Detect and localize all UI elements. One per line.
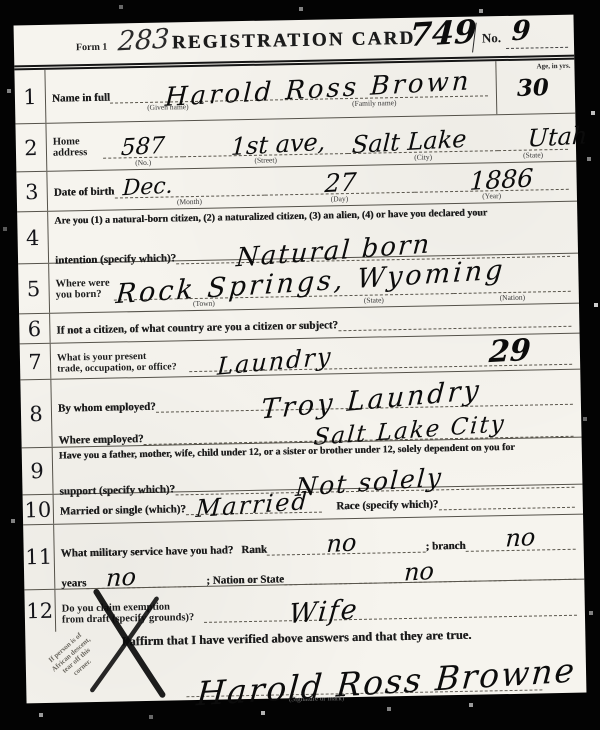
where-born-label: Where were you born? — [55, 278, 114, 311]
where-employed-label: Where employed? — [58, 433, 143, 447]
birth-day-segment: 27 (Day) — [264, 168, 415, 205]
trade-answer-line: Laundry 29 — [189, 350, 572, 372]
handwritten-birth-year: 1886 — [469, 165, 534, 194]
form-number-label: Form 1 — [76, 42, 108, 54]
citizen-subject-answer-line — [338, 314, 572, 331]
row-number: 10 — [23, 495, 55, 525]
handwritten-trade-number: 29 — [488, 336, 531, 368]
address-no-segment: 587 (No.) — [103, 126, 184, 168]
race-answer-line — [438, 495, 575, 511]
handwritten-stamp-number: 283 — [117, 25, 170, 55]
handwritten-street: 1st ave, — [230, 130, 326, 159]
registration-card: Form 1 283 REGISTRATION CARD 749 No. 9 1… — [14, 15, 587, 704]
signature-line: Harold Ross Browne — [186, 655, 543, 697]
family-name-sublabel: (Family name) — [352, 98, 397, 108]
home-address-label: Home address — [53, 136, 104, 169]
film-grain-speckles — [0, 0, 2, 2]
address-state-segment: Utah (State) — [497, 119, 568, 160]
card-title: REGISTRATION CARD — [172, 28, 416, 55]
name-label: Name in full — [52, 92, 110, 105]
handwritten-birth-day: 27 — [324, 169, 357, 196]
date-of-birth-label: Date of birth — [54, 186, 115, 209]
military-service-label: What military service have you had? — [61, 544, 234, 559]
by-whom-employed-label: By whom employed? — [58, 401, 156, 415]
row-employer: 8 By whom employed? Troy Laundry Where e… — [20, 370, 581, 449]
trade-label: What is your present trade, occupation, … — [57, 350, 189, 375]
married-label: Married or single (which)? — [60, 503, 186, 517]
row-number: 12 — [24, 590, 56, 633]
scanned-registration-card: Form 1 283 REGISTRATION CARD 749 No. 9 1… — [0, 0, 600, 730]
row-number: 9 — [22, 448, 54, 495]
handwritten-nation: no — [403, 559, 434, 585]
branch-answer-line: no — [465, 537, 575, 552]
handwritten-exemption: Wife — [288, 596, 360, 628]
row-number: 6 — [19, 314, 51, 344]
married-answer-line: Married — [186, 500, 323, 516]
birth-month-segment: Dec. (Month) — [114, 171, 265, 208]
handwritten-signature: Harold Ross Browne — [195, 653, 577, 710]
handwritten-age: 30 — [516, 76, 549, 100]
handwritten-married: Married — [195, 489, 309, 521]
handwritten-card-number: 749 — [409, 15, 477, 51]
handwritten-state: Utah — [527, 123, 588, 150]
address-street-segment: 1st ave, (Street) — [183, 123, 349, 166]
handwritten-trade: Laundry — [217, 344, 333, 378]
birth-year-segment: 1886 (Year) — [414, 165, 569, 202]
row-number: 2 — [15, 124, 47, 172]
row-number: 11 — [23, 525, 55, 590]
row-number: 5 — [18, 264, 50, 314]
row-number: 1 — [14, 70, 46, 124]
race-label: Race (specify which)? — [336, 498, 438, 512]
age-cell: Age, in yrs. 30 — [495, 60, 575, 115]
rank-label: Rank — [241, 544, 267, 556]
handwritten-house-number: 587 — [120, 135, 165, 160]
no-dotted-line — [506, 47, 568, 49]
no-label: No. — [482, 30, 501, 46]
handwritten-branch: no — [505, 525, 536, 551]
age-label: Age, in yrs. — [500, 62, 570, 71]
given-name-sublabel: (Given name) — [147, 102, 189, 112]
handwritten-city: Salt Lake — [351, 127, 467, 157]
branch-label: ; branch — [425, 540, 465, 553]
row-number: 4 — [17, 212, 49, 264]
exemption-answer-line: Wife — [204, 601, 577, 623]
handwritten-no-value: 9 — [511, 17, 531, 45]
row-number: 3 — [16, 172, 48, 212]
row-number: 7 — [20, 344, 52, 380]
row-military-service: 11 What military service have you had? R… — [23, 515, 584, 591]
address-city-segment: Salt Lake (City) — [347, 120, 498, 163]
handwritten-birth-month: Dec. — [122, 176, 173, 201]
rank-answer-line: no — [267, 540, 426, 556]
row-number: 8 — [20, 380, 52, 448]
citizen-subject-label: If not a citizen, of what country are yo… — [56, 319, 338, 336]
handwritten-rank: no — [326, 530, 357, 556]
